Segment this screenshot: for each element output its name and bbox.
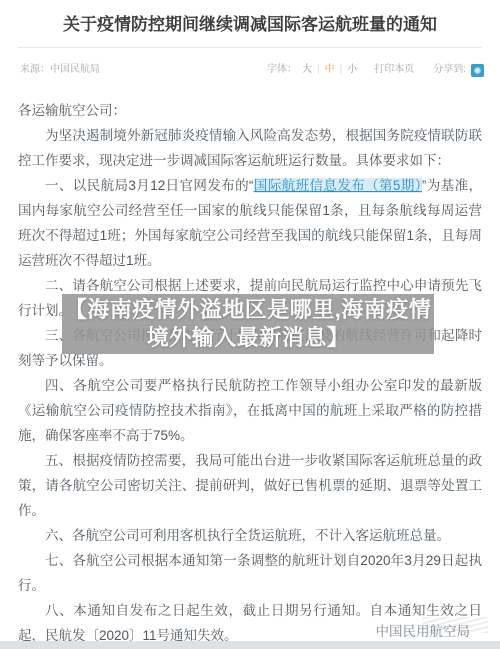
item-1-text-pre: 一、以民航局3月12日官网发布的“ (45, 178, 254, 193)
font-size-large-button[interactable]: 大 (302, 63, 312, 77)
notice-content: 各运输航空公司： 为坚决遏制境外新冠肺炎疫情输入风险高发态势，根据国务院疫情联防… (0, 98, 500, 648)
font-size-medium-button[interactable]: 中 (325, 63, 335, 77)
bottom-strip (0, 641, 500, 649)
salutation: 各运输航空公司： (18, 98, 482, 123)
intro-paragraph: 为坚决遏制境外新冠肺炎疫情输入风险高发态势，根据国务院疫情联防联控工作要求，现决… (18, 123, 482, 173)
signature: 中国民用航空局 (376, 620, 471, 640)
font-size-label: 字体： (267, 63, 297, 77)
notice-item-1: 一、以民航局3月12日官网发布的“国际航班信息发布（第5期）”为基准，国内每家航… (18, 173, 482, 273)
print-page-button[interactable]: 打印本页 (374, 63, 414, 77)
source-label: 来源：中国民航局 (20, 63, 100, 77)
notice-item-7: 七、各航空公司根据本通知第一条调整的航班计划自2020年3月29日起执行。 (18, 548, 482, 598)
share-label: 分享到: (433, 63, 466, 77)
flight-info-issue5-link[interactable]: 国际航班信息发布（第5期） (254, 178, 422, 193)
title-divider (18, 47, 482, 48)
ad-watermark-overlay: 【海南疫情外溢地区是哪里,海南疫情 境外输入最新消息】 (62, 294, 434, 354)
share-icon[interactable] (471, 64, 484, 77)
meta-bar: 来源：中国民航局 字体： 大 | 中 | 小 打印本页 分享到: (0, 63, 500, 77)
overlay-text-line1: 【海南疫情外溢地区是哪里,海南疫情 (62, 296, 434, 324)
overlay-text-line2: 境外输入最新消息】 (62, 324, 434, 352)
notice-item-6: 六、各航空公司可利用客机执行全货运航班，不计入客运航班总量。 (18, 523, 482, 548)
separator: | (340, 63, 343, 77)
page-title: 关于疫情防控期间继续调减国际客运航班量的通知 (0, 0, 500, 37)
notice-item-5: 五、根据疫情防控需要，我局可能出台进一步收紧国际客运航班总量的政策，请各航空公司… (18, 448, 482, 523)
notice-item-4: 四、各航空公司要严格执行民航防控工作领导小组办公室印发的最新版《运输航空公司疫情… (18, 373, 482, 448)
separator: | (317, 63, 320, 77)
notice-page: 关于疫情防控期间继续调减国际客运航班量的通知 来源：中国民航局 字体： 大 | … (0, 0, 500, 649)
font-size-small-button[interactable]: 小 (347, 63, 357, 77)
meta-tools: 字体： 大 | 中 | 小 打印本页 分享到: (267, 63, 484, 77)
share-icon-dot (474, 67, 481, 74)
